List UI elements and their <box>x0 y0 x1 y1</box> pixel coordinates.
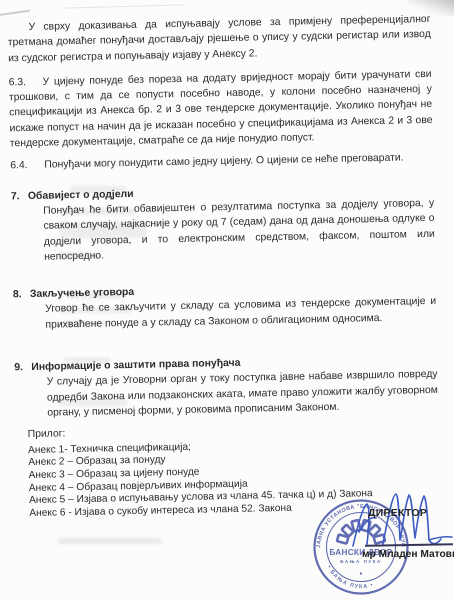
section-body: Понуђач ће бити обавијештен о резултатим… <box>43 196 435 265</box>
stamp-ring-text-bottom: • БАЊА ЛУКА • <box>326 565 375 590</box>
section-title: Обавијест о додјели <box>28 189 134 202</box>
section-number: 8. <box>13 287 30 303</box>
svg-text:• БАЊА ЛУКА •: • БАЊА ЛУКА • <box>326 565 375 590</box>
clause-6-3: 6.3.У цијену понуде без пореза на додату… <box>8 67 432 152</box>
clause-number: 6.3. <box>8 75 42 91</box>
document-body: У сврху доказивања да испуњавају услове … <box>0 0 448 521</box>
section-body: Уговор ће се закључити у складу са услов… <box>45 294 437 332</box>
scanned-document-page: У сврху доказивања да испуњавају услове … <box>0 0 454 600</box>
clause-6-4: 6.4.Понуђачи могу понудити само једну ци… <box>10 150 433 174</box>
clause-number: 6.4. <box>10 158 44 174</box>
section-9: 9.Информације о заштити права понуђача У… <box>14 352 438 422</box>
section-body: У случају да је Уговорни орган у току по… <box>47 367 439 421</box>
director-title: ДИРЕКТОР <box>368 508 427 519</box>
scan-smudge-artifact <box>58 538 162 544</box>
section-number: 9. <box>14 360 31 376</box>
signature-block: ЈАВНА УСТАНОВА "БАНСКИ ДВОР - КУЛТУРНИ Ц… <box>309 494 454 600</box>
stamp-dot <box>360 572 362 574</box>
section-7: 7.Обавијест о додјели Понуђач ће бити об… <box>11 181 435 266</box>
signatory-name: мр Младен Матовић <box>362 549 454 560</box>
section-number: 7. <box>11 189 28 205</box>
section-title: Закључење уговора <box>30 287 134 300</box>
section-8: 8.Закључење уговора Уговор ће се закључи… <box>13 279 437 333</box>
clause-text: Понуђачи могу понудити само једну цијену… <box>44 153 403 171</box>
clause-text: У цијену понуде без пореза на додату ври… <box>9 69 433 150</box>
intro-paragraph: У сврху доказивања да испуњавају услове … <box>7 12 431 66</box>
